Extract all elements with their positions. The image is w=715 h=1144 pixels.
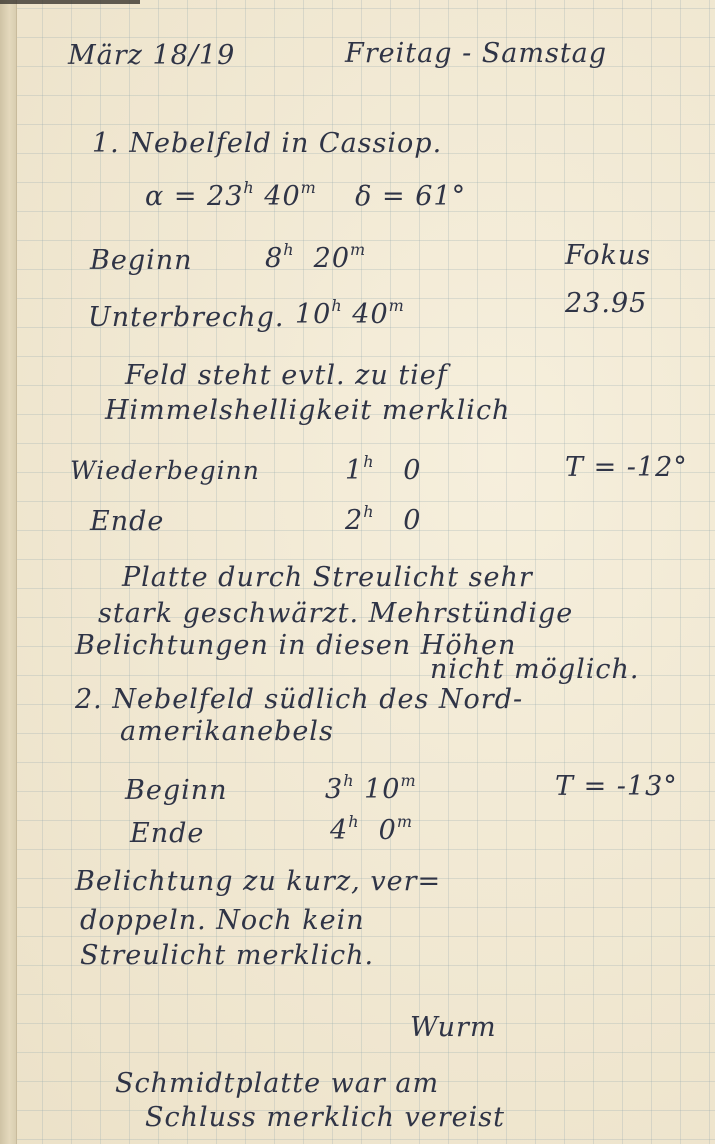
entry2-end-label: Ende: [130, 818, 204, 849]
entry1-end-time: 2h 0: [345, 502, 421, 536]
entry1-title: 1. Nebelfeld in Cassiop.: [92, 128, 442, 159]
entry1-resume-time: 1h 0: [345, 452, 421, 486]
entry1-temperature: T = -12°: [565, 452, 688, 483]
entry1-interrupt-label: Unterbrechg.: [88, 302, 284, 333]
entry1-interrupt-time: 10h 40m: [295, 296, 405, 330]
footer-line2: Schluss merklich vereist: [145, 1102, 505, 1133]
entry-date: März 18/19: [68, 40, 235, 71]
entry1-coords: α = 23h 40m δ = 61°: [145, 178, 466, 212]
entry1-focus-label: Fokus: [565, 240, 651, 271]
page-top-shadow: [0, 0, 140, 4]
entry2-remark2: doppeln. Noch kein: [80, 905, 365, 936]
entry1-note1: Feld steht evtl. zu tief: [125, 360, 448, 391]
entry1-end-label: Ende: [90, 506, 164, 537]
entry1-begin-time: 8h 20m: [265, 240, 366, 274]
entry1-focus-value: 23.95: [565, 288, 647, 319]
entry2-temperature: T = -13°: [555, 771, 678, 802]
entry-days: Freitag - Samstag: [345, 38, 607, 69]
footer-line1: Schmidtplatte war am: [115, 1068, 439, 1099]
entry1-remark2: stark geschwärzt. Mehrstündige: [98, 598, 573, 629]
entry1-remark1: Platte durch Streulicht sehr: [122, 562, 533, 593]
entry1-resume-label: Wiederbeginn: [70, 456, 260, 485]
entry1-remark4: nicht möglich.: [430, 654, 639, 685]
signature: Wurm: [410, 1012, 497, 1043]
entry1-note2: Himmelshelligkeit merklich: [105, 395, 510, 426]
entry1-begin-label: Beginn: [90, 245, 193, 276]
entry2-begin-label: Beginn: [125, 775, 228, 806]
entry2-remark1: Belichtung zu kurz, ver=: [75, 866, 441, 897]
entry2-end-time: 4h 0m: [330, 812, 413, 846]
notebook-binding-edge: [0, 0, 17, 1144]
entry2-title-line1: 2. Nebelfeld südlich des Nord-: [75, 684, 523, 715]
entry2-remark3: Streulicht merklich.: [80, 940, 374, 971]
notebook-page: März 18/19 Freitag - Samstag 1. Nebelfel…: [0, 0, 715, 1144]
entry2-title-line2: amerikanebels: [120, 716, 334, 747]
entry2-begin-time: 3h 10m: [325, 771, 417, 805]
